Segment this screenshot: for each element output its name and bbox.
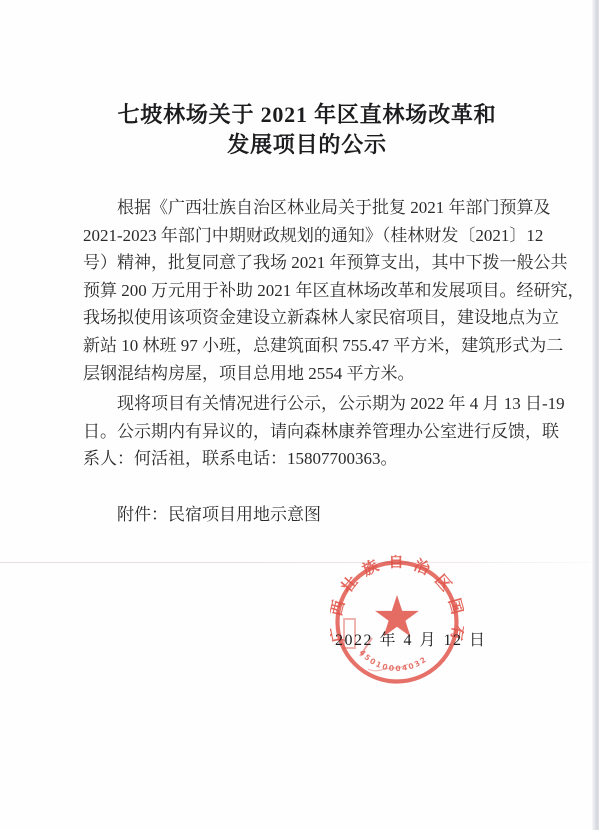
document-title: 七坡林场关于 2021 年区直林场改革和 发展项目的公示 — [14, 100, 599, 160]
paragraph-publicity-period: 现将项目有关情况进行公示，公示期为 2022 年 4 月 13 日-19 日。公… — [83, 390, 530, 473]
body-line: 号）精神，批复同意了我场 2021 年预算支出，其中下拨一般公共 — [83, 249, 530, 277]
body-line: 系人：何活祖，联系电话：15807700363。 — [83, 445, 530, 473]
body-line: 新站 10 林班 97 小班，总建筑面积 755.47 平方米，建筑形式为二 — [83, 332, 530, 360]
body-line: 预算 200 万元用于补助 2021 年区直林场改革和发展项目。经研究， — [83, 277, 530, 305]
paragraph-attachment: 附件：民宿项目用地示意图 — [83, 501, 530, 529]
paragraph-budget-approval: 根据《广西壮族自治区林业局关于批复 2021 年部门预算及 2021-2023 … — [83, 194, 530, 387]
attachment-line: 附件：民宿项目用地示意图 — [83, 501, 530, 529]
document-date: 2022 年 4 月 12 日 — [335, 627, 487, 650]
body-line: 根据《广西壮族自治区林业局关于批复 2021 年部门预算及 — [83, 194, 530, 222]
scanned-announcement-page: 七坡林场关于 2021 年区直林场改革和 发展项目的公示 根据《广西壮族自治区林… — [0, 0, 599, 830]
document-body: 根据《广西壮族自治区林业局关于批复 2021 年部门预算及 2021-2023 … — [83, 194, 530, 529]
body-line: 2021-2023 年部门中期财政规划的通知》（桂林财发〔2021〕12 — [83, 222, 530, 250]
document-title-line-1: 七坡林场关于 2021 年区直林场改革和 — [14, 100, 599, 130]
official-red-seal: 广西壮族自治区国有七坡林场 45010004032 — [330, 555, 464, 689]
body-line: 我场拟使用该项资金建设立新森林人家民宿项目，建设地点为立 — [83, 304, 530, 332]
scan-fold-line — [0, 562, 589, 563]
document-title-line-2: 发展项目的公示 — [14, 130, 599, 160]
body-line: 现将项目有关情况进行公示，公示期为 2022 年 4 月 13 日-19 — [83, 390, 530, 418]
body-line: 日。公示期内有异议的，请向森林康养管理办公室进行反馈，联 — [83, 418, 530, 446]
body-line: 层钢混结构房屋，项目总用地 2554 平方米。 — [83, 360, 530, 388]
